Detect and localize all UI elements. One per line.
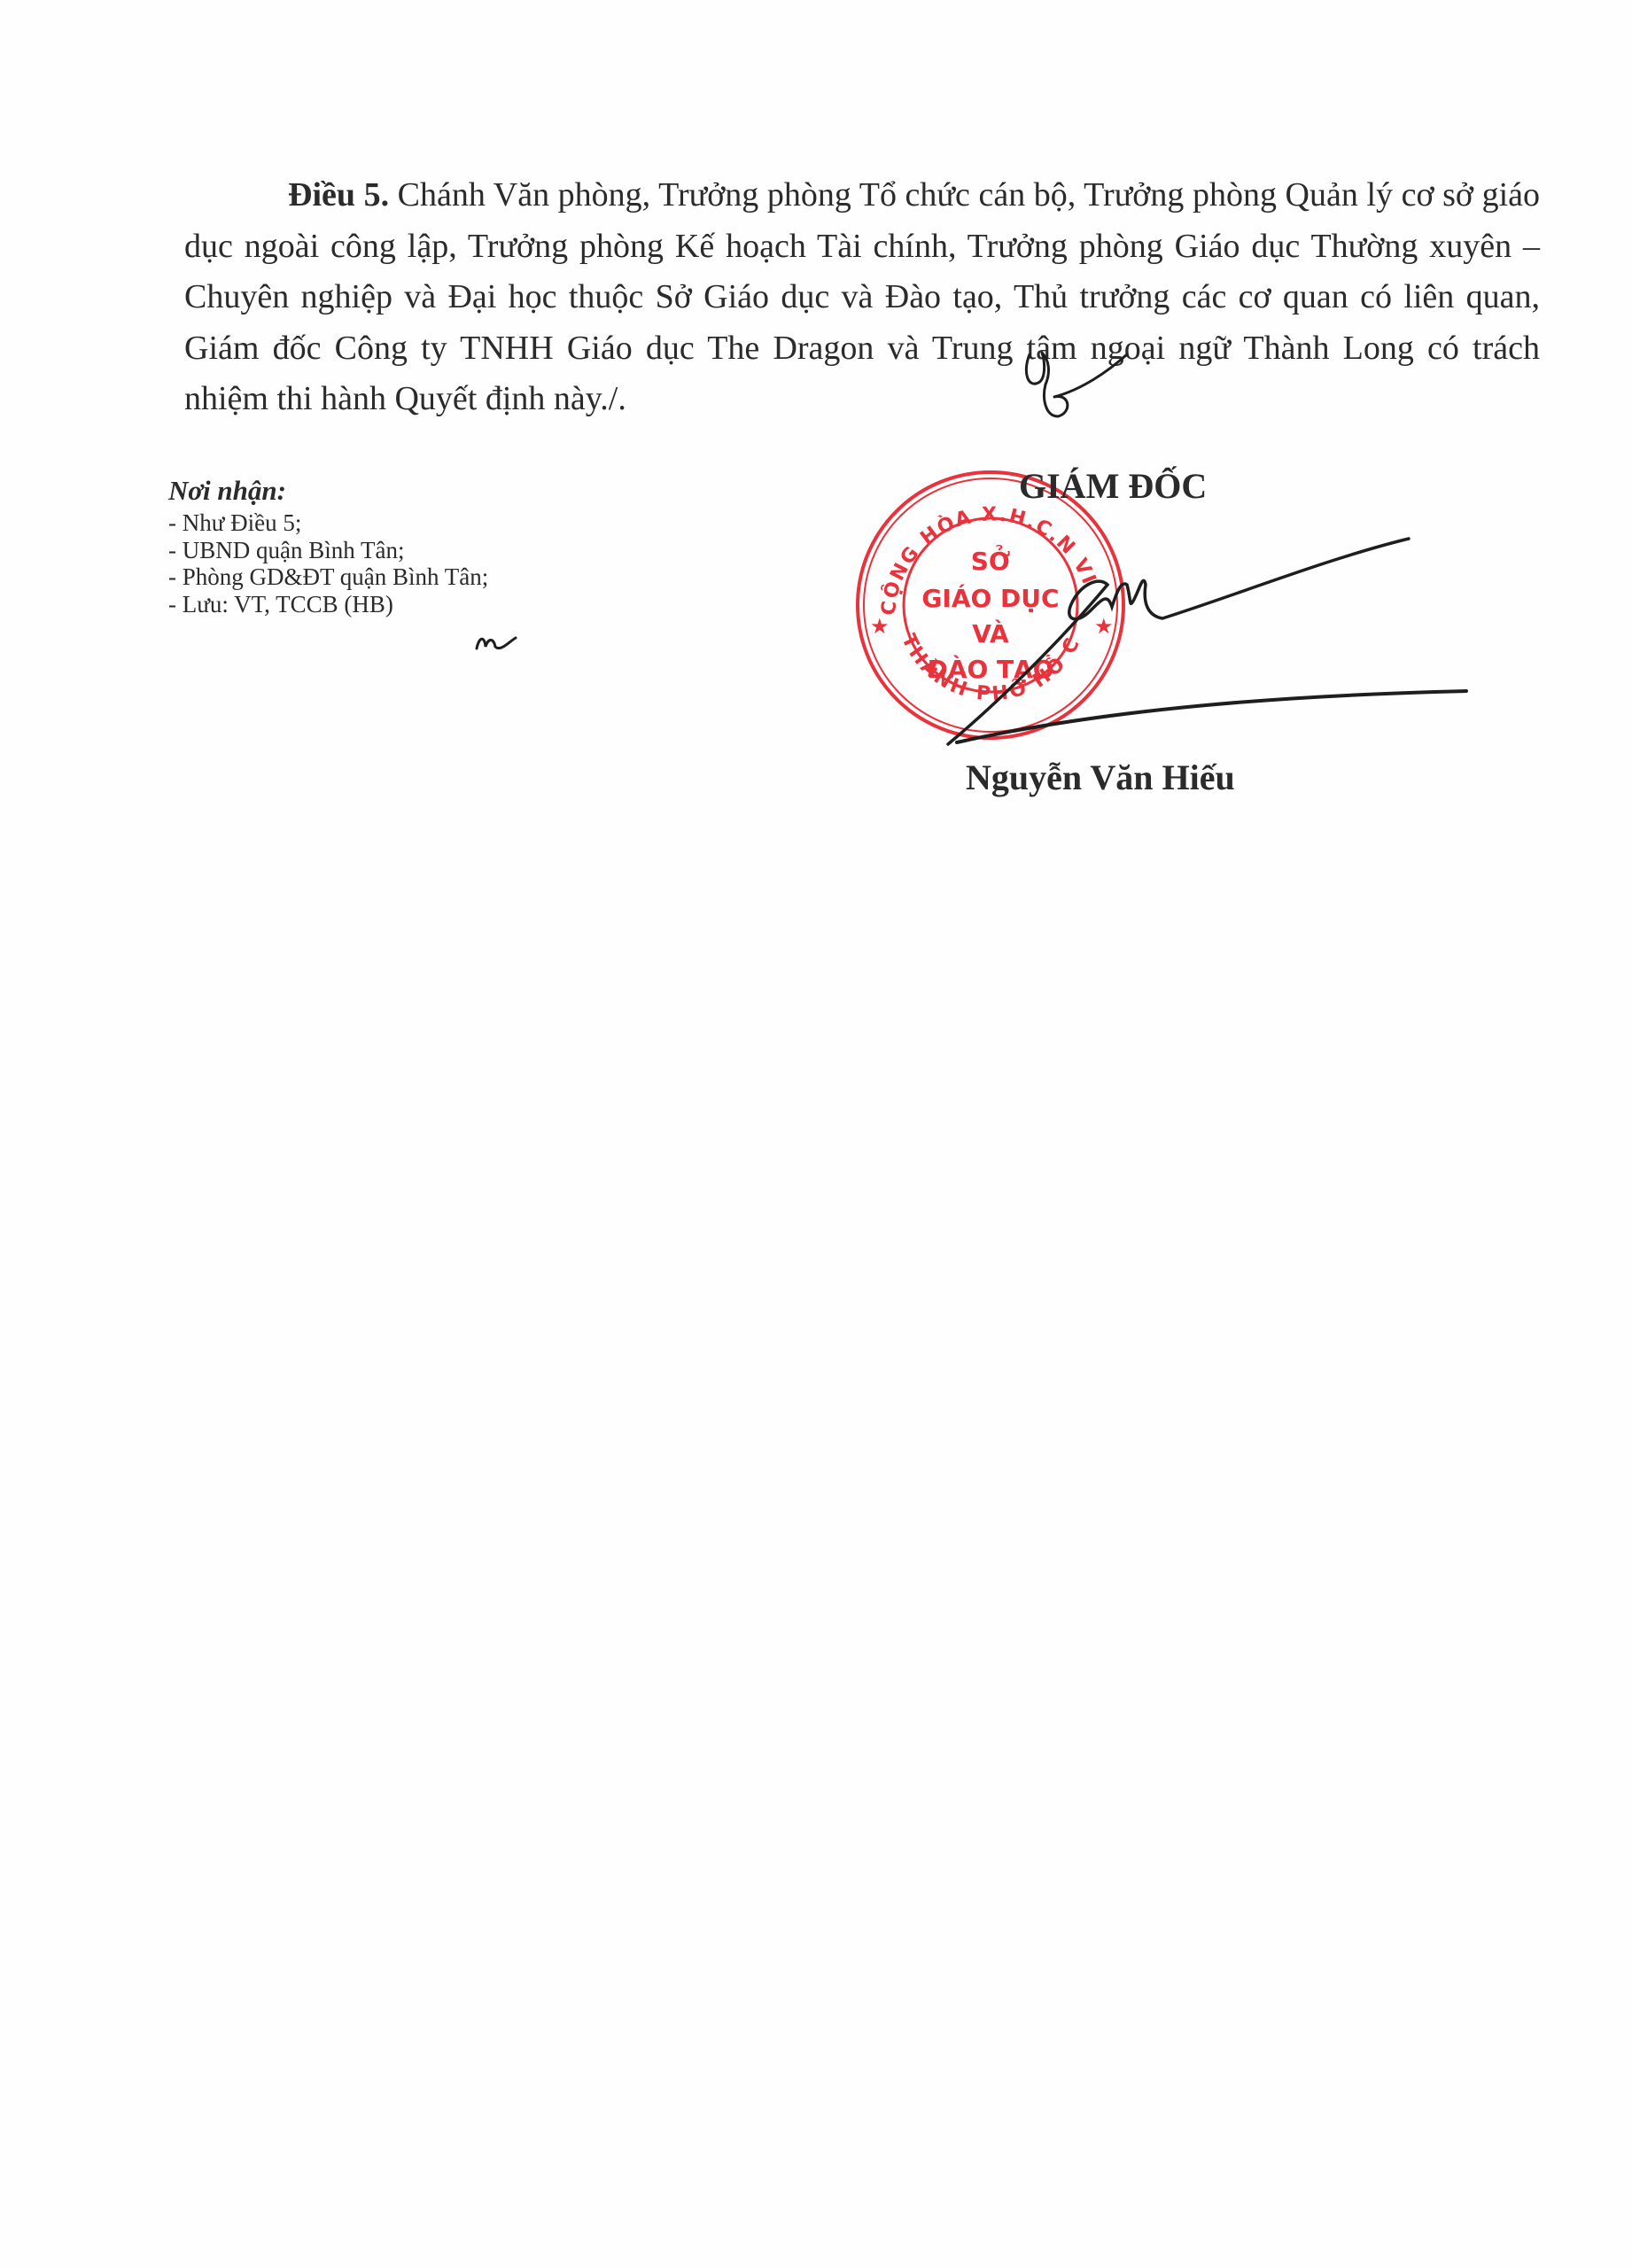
stamp-center-line: VÀ bbox=[972, 618, 1009, 649]
signer-title: GIÁM ĐỐC bbox=[1019, 465, 1249, 508]
article-5-paragraph: Điều 5. Chánh Văn phòng, Trưởng phòng Tổ… bbox=[184, 170, 1540, 425]
recipients-list: - Như Điều 5; - UBND quận Bình Tân; - Ph… bbox=[168, 509, 664, 617]
recipient-item: - UBND quận Bình Tân; bbox=[168, 537, 664, 564]
stamp-center-line: ĐÀO TẠO bbox=[927, 654, 1053, 684]
document-page: Điều 5. Chánh Văn phòng, Trưởng phòng Tổ… bbox=[0, 0, 1632, 2268]
stamp-center-line: GIÁO DỤC bbox=[921, 583, 1059, 613]
svg-text:★: ★ bbox=[870, 614, 890, 639]
recipient-item: - Như Điều 5; bbox=[168, 509, 664, 537]
recipient-item: - Lưu: VT, TCCB (HB) bbox=[168, 591, 664, 618]
recipient-item: - Phòng GD&ĐT quận Bình Tân; bbox=[168, 563, 664, 591]
article-5-heading: Điều 5. bbox=[288, 176, 389, 214]
signer-name: Nguyễn Văn Hiếu bbox=[966, 757, 1302, 799]
stamp-center-line: SỞ bbox=[971, 542, 1011, 576]
recipients-block: Nơi nhận: - Như Điều 5; - UBND quận Bình… bbox=[168, 474, 664, 617]
recipients-title: Nơi nhận: bbox=[168, 474, 664, 508]
svg-text:★: ★ bbox=[1094, 614, 1114, 639]
clerk-initial-icon bbox=[474, 631, 518, 656]
